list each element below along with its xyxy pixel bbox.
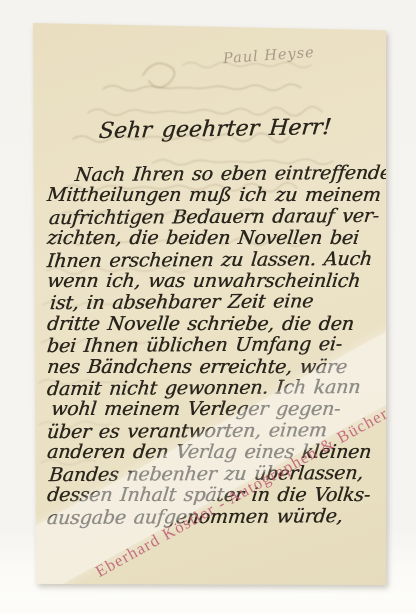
letter-line: wenn ich, was unwahrscheinlich <box>46 271 386 292</box>
letter-line: Ihnen erscheinen zu lassen. Auch <box>46 248 386 272</box>
letter-line: bei Ihnen üblichen Umfang ei- <box>46 334 386 358</box>
letter-photo: Paul Heyse Sehr geehrter Herr! Nach Ihre… <box>0 0 416 614</box>
letter-line: dritte Novelle schriebe, die den <box>46 314 386 335</box>
letter-line: Mittheilungen muß ich zu meinem <box>46 185 386 206</box>
letter-line: zichten, die beiden Novellen bei <box>46 228 386 249</box>
letter-line: ist, in absehbarer Zeit eine <box>49 291 386 315</box>
letter-salutation: Sehr geehrter Herr! <box>98 115 333 144</box>
letter-line: aufrichtigen Bedauern darauf ver- <box>48 206 386 230</box>
